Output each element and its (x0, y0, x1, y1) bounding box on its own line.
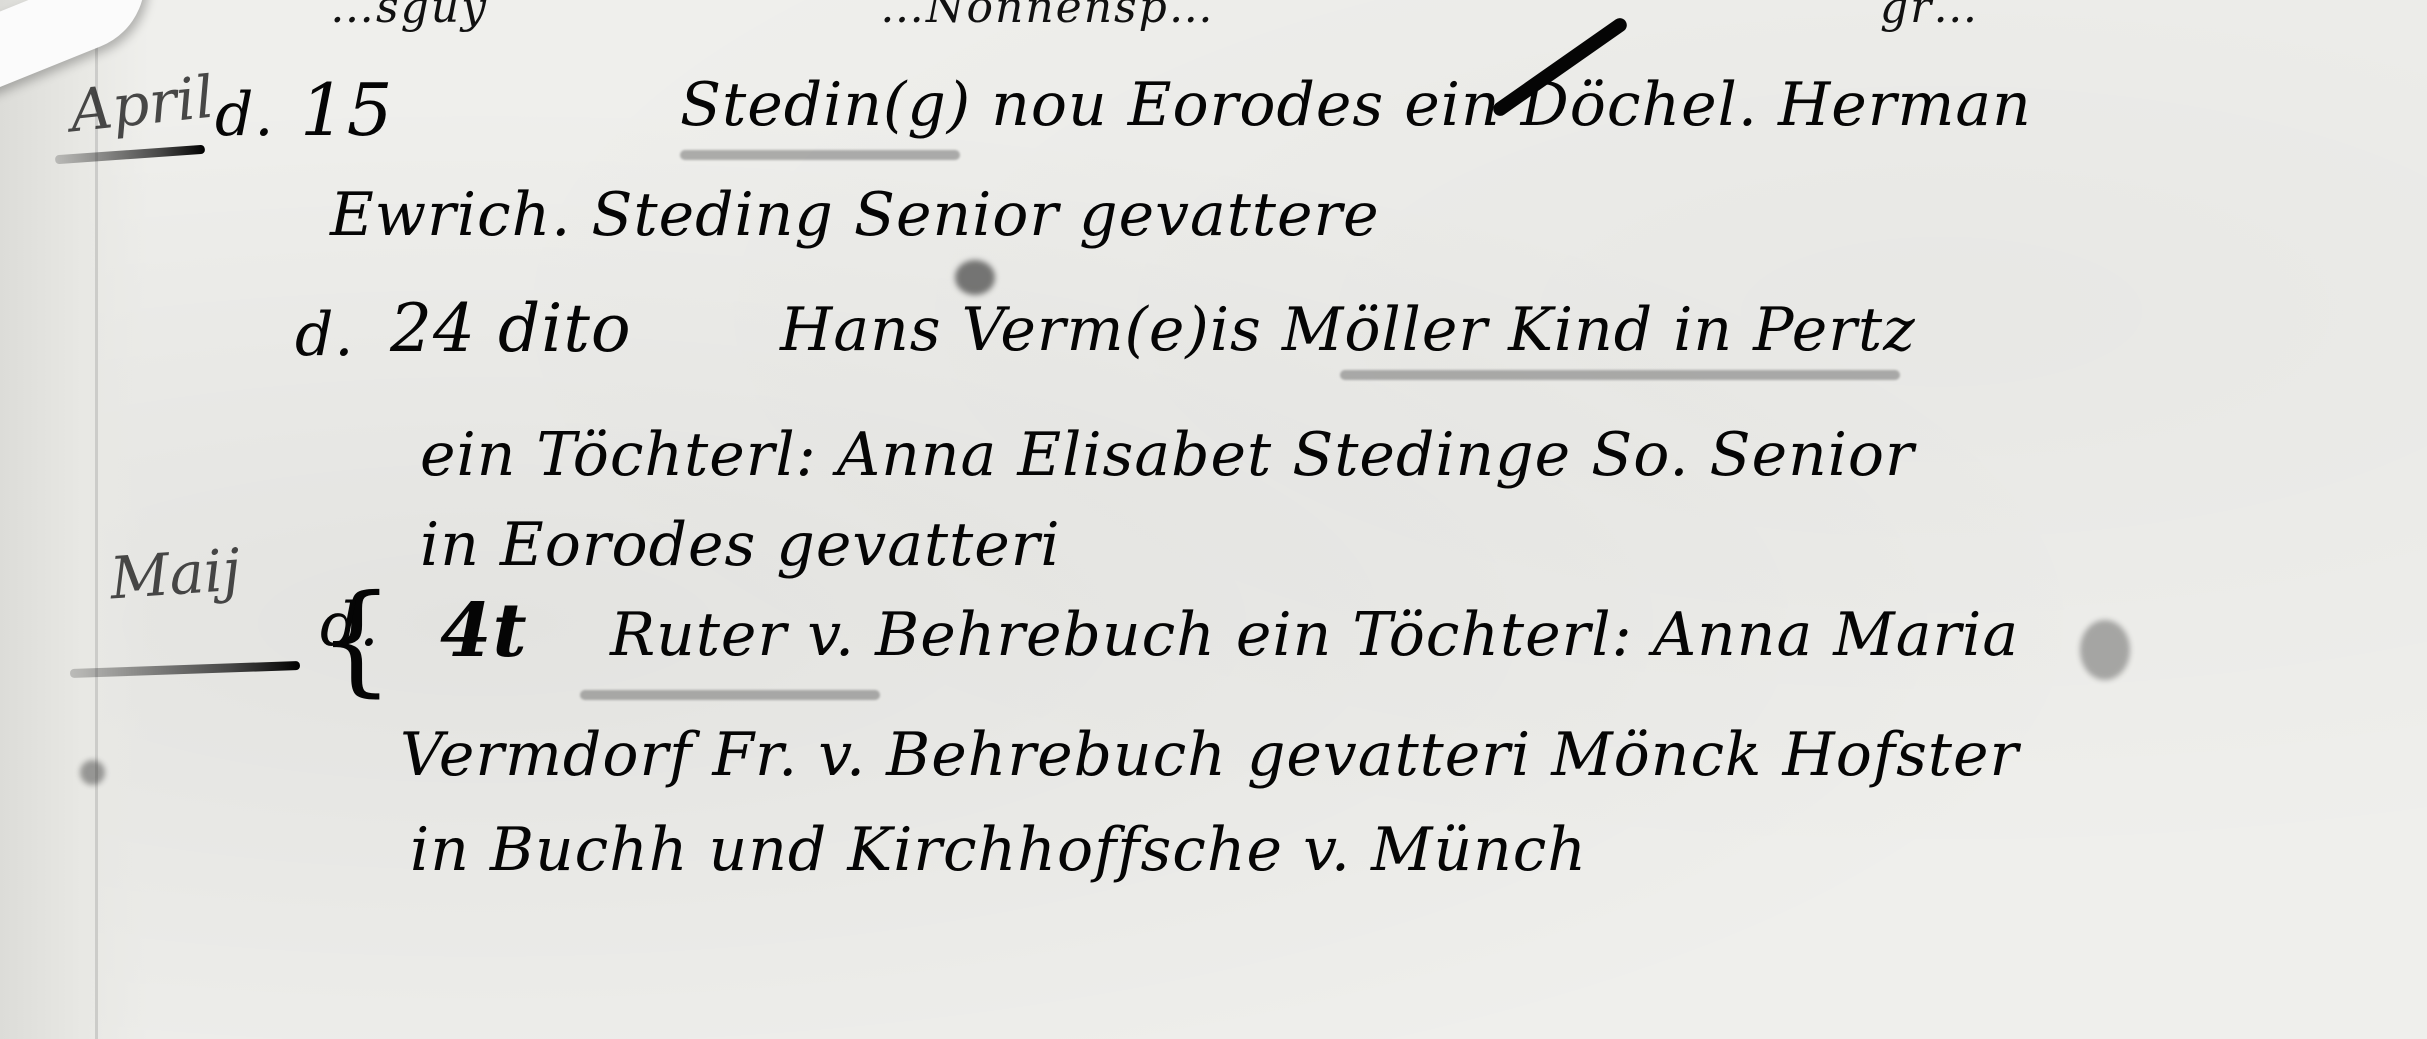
margin-month-april: April (67, 63, 217, 146)
underline-steding (680, 150, 960, 160)
day-number-1: 15 (300, 68, 394, 152)
day-marker-1: d. (215, 80, 274, 150)
day-number-2: 24 dito (390, 290, 632, 367)
ink-blot (955, 260, 995, 295)
entry-3-line-2: Vermdorf Fr. v. Behrebuch gevatteri Mönc… (400, 720, 2019, 790)
top-cutoff-text-2: …Nonnensp… (880, 0, 1215, 33)
entry-2-line-2: ein Töchterl: Anna Elisabet Stedinge So.… (420, 420, 1915, 490)
day-number-3: 4t (440, 588, 528, 674)
top-cutoff-text-1: …sguy (330, 0, 488, 33)
top-cutoff-text-3: gr… (1880, 0, 1979, 33)
day-marker-2: d. (295, 300, 354, 370)
entry-2-line-3: in Eorodes gevatteri (420, 510, 1061, 580)
underline-ruter (580, 690, 880, 700)
entry-3-line-1: Ruter v. Behrebuch ein Töchterl: Anna Ma… (610, 600, 2019, 670)
entry-1-line-1: Stedin(g) nou Eorodes ein Döchel. Herman (680, 70, 2032, 140)
entry-1-line-2: Ewrich. Steding Senior gevattere (330, 180, 1380, 250)
scanned-register-page: …sguy …Nonnensp… gr… April d. 15 Stedin(… (0, 0, 2427, 1039)
underline-moeller-kind (1340, 370, 1900, 380)
ink-blot (80, 760, 105, 785)
entry-2-line-1: Hans Verm(e)is Möller Kind in Pertz (780, 295, 1916, 365)
entry-3-line-3: in Buchh und Kirchhoffsche v. Münch (410, 815, 1587, 885)
margin-month-maij: Maij (108, 536, 243, 613)
ink-blot (2080, 620, 2130, 680)
day-marker-3: d. (320, 590, 379, 660)
